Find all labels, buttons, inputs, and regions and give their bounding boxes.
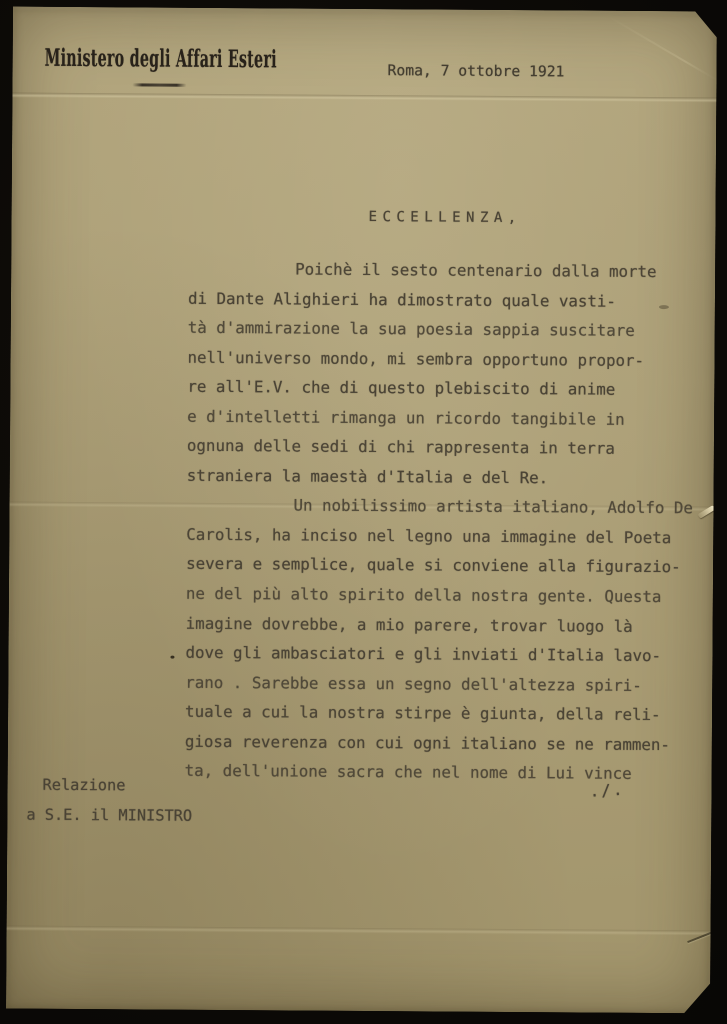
recipient-line: a S.E. il MINISTRO [26,806,192,825]
letter-line: tà d'ammirazione la sua poesia sappia su… [188,313,700,346]
scan-backdrop: Ministero degli Affari Esteri Roma, 7 ot… [0,0,727,1024]
letter-line: di Dante Alighieri ha dimostrato quale v… [188,283,700,316]
fold-crease-bottom [7,926,711,936]
letter-line: re all'E.V. che di questo plebiscito di … [187,372,699,405]
letter-line: giosa reverenza con cui ogni italiano se… [185,727,697,760]
fold-crease-top [12,93,716,103]
corner-crease [607,15,727,93]
letter-line: ognuna delle sedi di chi rappresenta in … [187,431,699,464]
letter-line: Poichè il sesto centenario dalla morte [188,254,700,287]
continuation-mark: ./. [589,780,625,801]
letterhead-flourish [132,83,186,86]
letter-line: rano . Sarebbe essa un segno dell'altezz… [185,667,697,700]
letter-line: dove gli ambasciatori e gli inviati d'It… [185,638,697,671]
letter-line: ne del più alto spirito della nostra gen… [186,579,698,612]
letter-line: Carolis, ha inciso nel legno una immagin… [186,520,698,553]
ministry-letterhead: Ministero degli Affari Esteri [45,43,277,74]
letter-paper: Ministero degli Affari Esteri Roma, 7 ot… [6,7,717,1014]
letter-line: imagine dovrebbe, a mio parere, trovar l… [186,608,698,641]
letter-line: tuale a cui la nostra stirpe è giunta, d… [185,697,697,730]
ink-smudge [659,305,669,309]
reference-label: Relazione [43,776,126,795]
letter-line: Un nobilissimo artista italiano, Adolfo … [186,490,698,523]
ink-speck [170,656,174,659]
letter-line: straniera la maestà d'Italia e del Re. [187,461,699,494]
letter-line: nell'universo mondo, mi sembra opportuno… [187,342,699,375]
salutation: ECCELLENZA, [368,209,521,226]
letter-body: Poichè il sesto centenario dalla morte d… [185,254,701,789]
letter-line: e d'intelletti rimanga un ricordo tangib… [187,402,699,435]
letter-line: severa e semplice, quale si conviene all… [186,549,698,582]
dateline: Roma, 7 ottobre 1921 [388,62,565,80]
